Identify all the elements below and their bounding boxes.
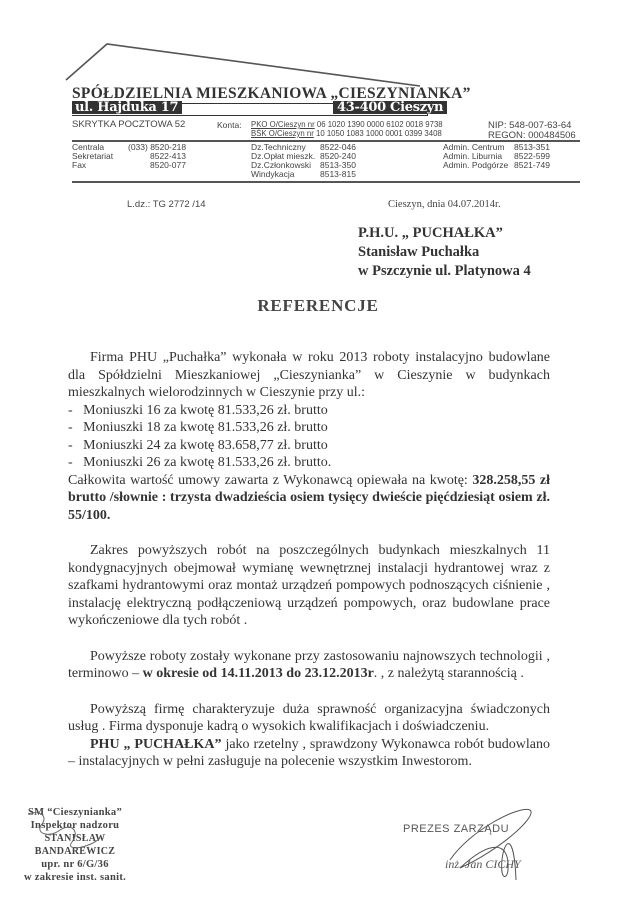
- recommendation-paragraph: PHU „ PUCHAŁKA” jako rzetelny , sprawdzo…: [68, 736, 550, 771]
- company-name: PHU „ PUCHAŁKA”: [90, 737, 222, 752]
- account-number: 10 1050 1083 1000 0001 0399 3408: [316, 129, 442, 138]
- list-item-text: Moniuszki 18 za kwotę 81.533,26 zł. brut…: [83, 420, 328, 435]
- timing-text-end: . , z należytą starannością .: [374, 666, 524, 681]
- intro-paragraph: Firma PHU „Puchałka” wykonała w roku 201…: [68, 349, 550, 402]
- place-and-date: Cieszyn, dnia 04.07.2014r.: [388, 199, 501, 210]
- phone-label: Windykacja: [251, 170, 320, 179]
- header-divider-bottom: [72, 181, 580, 183]
- inspector-signature-icon: [20, 808, 110, 858]
- list-item-text: Moniuszki 24 za kwotę 83.658,77 zł. brut…: [83, 438, 328, 453]
- po-box: SKRYTKA POCZTOWA 52: [72, 119, 185, 130]
- total-paragraph: Całkowita wartość umowy zawarta z Wykona…: [68, 472, 550, 525]
- bank-name: PKO O/Cieszyn nr: [251, 120, 315, 129]
- recipient-address: P.H.U. „ PUCHAŁKA” Stanisław Puchałka w …: [358, 224, 531, 281]
- list-item: - Moniuszki 16 za kwotę 81.533,26 zł. br…: [68, 402, 550, 420]
- phone-value: 8513-815: [320, 169, 356, 179]
- letter-body: Firma PHU „Puchałka” wykonała w roku 201…: [68, 349, 550, 771]
- total-intro: Całkowita wartość umowy zawarta z Wykona…: [68, 473, 468, 488]
- phone-label: Fax: [72, 161, 150, 170]
- list-item: - Moniuszki 24 za kwotę 83.658,77 zł. br…: [68, 437, 550, 455]
- list-item-text: Moniuszki 26 za kwotę 81.533,26 zł. brut…: [83, 455, 331, 470]
- characteristics-paragraph: Powyższą firmę charakteryzuje duża spraw…: [68, 701, 550, 736]
- recipient-company: P.H.U. „ PUCHAŁKA”: [358, 224, 531, 243]
- bank-name: BŚK O/Cieszyn nr: [251, 129, 314, 138]
- city-address: 43-400 Cieszyn: [333, 101, 447, 114]
- president-signature-icon: [430, 800, 560, 885]
- phone-value: 8521-749: [514, 160, 550, 170]
- list-item-text: Moniuszki 16 za kwotę 81.533,26 zł. brut…: [83, 403, 328, 418]
- account-number: 06 1020 1390 0000 6102 0018 9738: [317, 120, 443, 129]
- timing-paragraph: Powyższe roboty zostały wykonane przy za…: [68, 648, 550, 683]
- recipient-location: w Pszczynie ul. Platynowa 4: [358, 262, 531, 281]
- timing-period: w okresie od 14.11.2013 do 23.12.2013r: [143, 666, 374, 681]
- recipient-person: Stanisław Puchałka: [358, 243, 531, 262]
- phones-column-departments: Dz.Techniczny8522-046 Dz.Opłat mieszk.85…: [251, 143, 356, 179]
- bank-account-pko: PKO O/Cieszyn nr 06 1020 1390 0000 6102 …: [251, 120, 443, 129]
- street-address: ul. Hajduka 17: [72, 101, 182, 114]
- phone-value: 8520-077: [150, 160, 186, 170]
- scope-paragraph: Zakres powyższych robót na poszczególnyc…: [68, 542, 550, 630]
- bank-account-bsk: BŚK O/Cieszyn nr 10 1050 1083 1000 0001 …: [251, 129, 442, 138]
- phone-label: Admin. Podgórze: [443, 161, 514, 170]
- stamp-line: w zakresie inst. sanit.: [4, 871, 146, 884]
- phones-column-main: Centrala(033) 8520-218 Sekretariat8522-4…: [72, 143, 186, 170]
- stamp-line: upr. nr 6/G/36: [4, 858, 146, 871]
- list-item: - Moniuszki 18 za kwotę 81.533,26 zł. br…: [68, 419, 550, 437]
- reference-number: L.dz.: TG 2772 /14: [127, 199, 206, 210]
- accounts-label: Konta:: [217, 120, 242, 130]
- document-title: REFERENCJE: [0, 296, 636, 316]
- list-item: - Moniuszki 26 za kwotę 81.533,26 zł. br…: [68, 454, 550, 472]
- phones-column-admin: Admin. Centrum8513-351 Admin. Liburnia85…: [443, 143, 550, 170]
